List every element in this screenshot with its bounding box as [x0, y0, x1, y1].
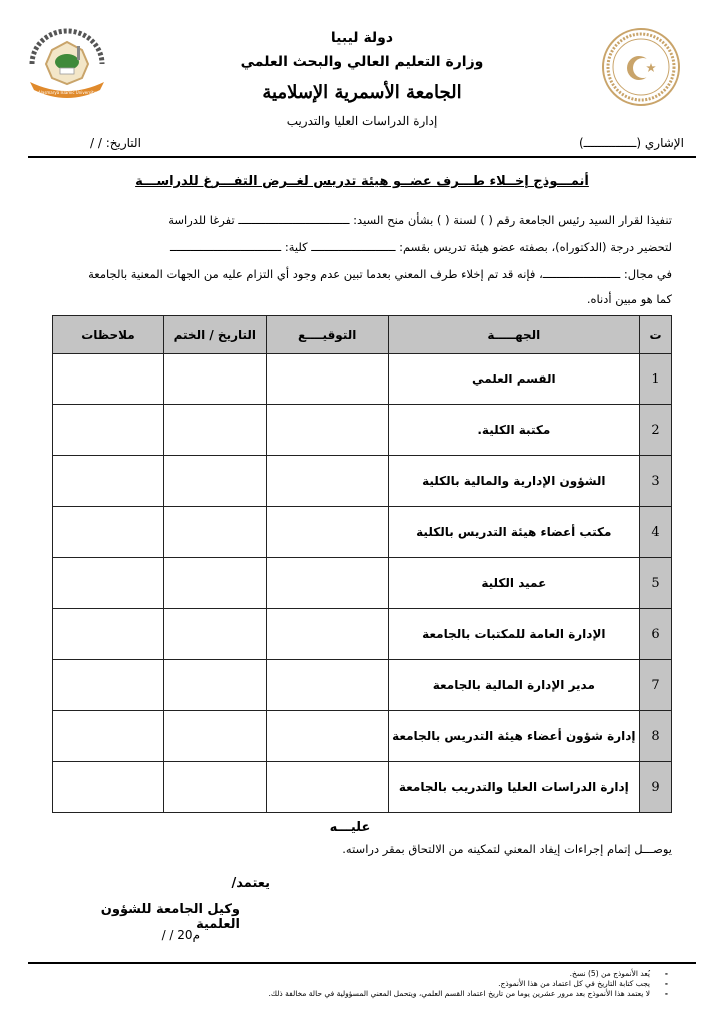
row-date-stamp-cell[interactable] [163, 558, 266, 609]
row-entity: مكتبة الكلية. [388, 405, 640, 456]
row-date-stamp-cell[interactable] [163, 711, 266, 762]
closing-notice: يوصـــل إتمام إجراءات إيفاد المعني لتمكي… [72, 842, 672, 856]
table-row: 5 عميد الكلية [53, 558, 672, 609]
row-num: 4 [640, 507, 672, 558]
row-notes-cell[interactable] [53, 405, 164, 456]
col-header-num: ت [640, 316, 672, 354]
row-entity: الإدارة العامة للمكتبات بالجامعة [388, 609, 640, 660]
row-notes-cell[interactable] [53, 558, 164, 609]
reference-line: الإشاري (ـــــــــــــــ) التاريخ: / / [40, 134, 684, 154]
table-row: 2 مكتبة الكلية. [53, 405, 672, 456]
row-notes-cell[interactable] [53, 354, 164, 405]
row-num: 7 [640, 660, 672, 711]
header-divider [28, 156, 696, 158]
row-notes-cell[interactable] [53, 609, 164, 660]
ministry-name: وزارة التعليم العالي والبحث العلمي [200, 54, 524, 70]
crescent-star-emblem-icon [600, 26, 682, 108]
university-logo-icon: Alasmarya Islamic University [22, 24, 112, 104]
row-signature-cell[interactable] [266, 609, 388, 660]
row-date-stamp-cell[interactable] [163, 456, 266, 507]
row-entity: الشؤون الإدارية والمالية بالكلية [388, 456, 640, 507]
body-line-2: لتحضير درجة (الدكتوراه)، بصفته عضو هيئة … [42, 240, 672, 254]
col-header-notes: ملاحظات [53, 316, 164, 354]
approval-label: يعتمد/ [180, 876, 270, 891]
form-title: أنمـــوذج إخــلاء طـــرف عضــو هيئة تدري… [100, 174, 624, 189]
row-date-stamp-cell[interactable] [163, 354, 266, 405]
row-date-stamp-cell[interactable] [163, 609, 266, 660]
row-entity: مكتب أعضاء هيئة التدريس بالكلية [388, 507, 640, 558]
svg-text:Alasmarya Islamic University: Alasmarya Islamic University [38, 90, 97, 95]
col-header-date-stamp: التاريخ / الختم [163, 316, 266, 354]
row-notes-cell[interactable] [53, 456, 164, 507]
table-row: 7 مدير الإدارة المالية بالجامعة [53, 660, 672, 711]
table-row: 6 الإدارة العامة للمكتبات بالجامعة [53, 609, 672, 660]
table-row: 1 القسم العلمي [53, 354, 672, 405]
footnote: يُعد الأنموذج من (5) نسخ. [248, 969, 668, 979]
footer-divider [28, 962, 696, 964]
footnote: لا يعتمد هذا الأنموذج بعد مرور عشرين يوم… [248, 989, 668, 999]
body-line-1: تنفيذا لقرار السيد رئيس الجامعة رقم ( ) … [42, 213, 672, 227]
col-header-signature: التوقيــــع [266, 316, 388, 354]
clearance-table: ت الجهـــــة التوقيــــع التاريخ / الختم… [52, 315, 672, 813]
department-name: إدارة الدراسات العليا والتدريب [200, 114, 524, 128]
row-date-stamp-cell[interactable] [163, 507, 266, 558]
row-num: 6 [640, 609, 672, 660]
reference-date: التاريخ: / / [90, 136, 141, 150]
row-entity: القسم العلمي [388, 354, 640, 405]
row-signature-cell[interactable] [266, 660, 388, 711]
table-row: 3 الشؤون الإدارية والمالية بالكلية [53, 456, 672, 507]
table-row: 4 مكتب أعضاء هيئة التدريس بالكلية [53, 507, 672, 558]
row-entity: إدارة الدراسات العليا والتدريب بالجامعة [388, 762, 640, 813]
row-date-stamp-cell[interactable] [163, 660, 266, 711]
table-header-row: ت الجهـــــة التوقيــــع التاريخ / الختم… [53, 316, 672, 354]
body-line-4: كما هو مبين أدناه. [42, 292, 672, 306]
row-num: 3 [640, 456, 672, 507]
row-signature-cell[interactable] [266, 354, 388, 405]
row-entity: عميد الكلية [388, 558, 640, 609]
footnotes-list: يُعد الأنموذج من (5) نسخ. يجب كتابة التا… [248, 969, 668, 999]
row-notes-cell[interactable] [53, 660, 164, 711]
row-signature-cell[interactable] [266, 405, 388, 456]
row-signature-cell[interactable] [266, 456, 388, 507]
table-row: 8 إدارة شؤون أعضاء هيئة التدريس بالجامعة [53, 711, 672, 762]
row-notes-cell[interactable] [53, 762, 164, 813]
row-num: 5 [640, 558, 672, 609]
row-entity: مدير الإدارة المالية بالجامعة [388, 660, 640, 711]
row-num: 9 [640, 762, 672, 813]
signature-date: / / 20م [100, 928, 200, 942]
university-logo: Alasmarya Islamic University [22, 24, 112, 104]
row-signature-cell[interactable] [266, 762, 388, 813]
row-date-stamp-cell[interactable] [163, 405, 266, 456]
university-name: الجامعة الأسمرية الإسلامية [200, 82, 524, 103]
row-notes-cell[interactable] [53, 507, 164, 558]
row-notes-cell[interactable] [53, 711, 164, 762]
row-signature-cell[interactable] [266, 507, 388, 558]
state-name: دولة ليبيا [200, 30, 524, 46]
state-emblem [600, 26, 682, 108]
row-signature-cell[interactable] [266, 558, 388, 609]
row-date-stamp-cell[interactable] [163, 762, 266, 813]
body-line-3: في مجال: ـــــــــــــــــــــــ، فإنه ق… [42, 267, 672, 281]
row-num: 1 [640, 354, 672, 405]
table-row: 9 إدارة الدراسات العليا والتدريب بالجامع… [53, 762, 672, 813]
closing-heading: عليـــه [310, 820, 390, 835]
col-header-entity: الجهـــــة [388, 316, 640, 354]
row-entity: إدارة شؤون أعضاء هيئة التدريس بالجامعة [388, 711, 640, 762]
reference-number: الإشاري (ـــــــــــــــ) [579, 136, 684, 150]
row-signature-cell[interactable] [266, 711, 388, 762]
footnote: يجب كتابة التاريخ في كل اعتماد من هذا ال… [248, 979, 668, 989]
row-num: 2 [640, 405, 672, 456]
row-num: 8 [640, 711, 672, 762]
